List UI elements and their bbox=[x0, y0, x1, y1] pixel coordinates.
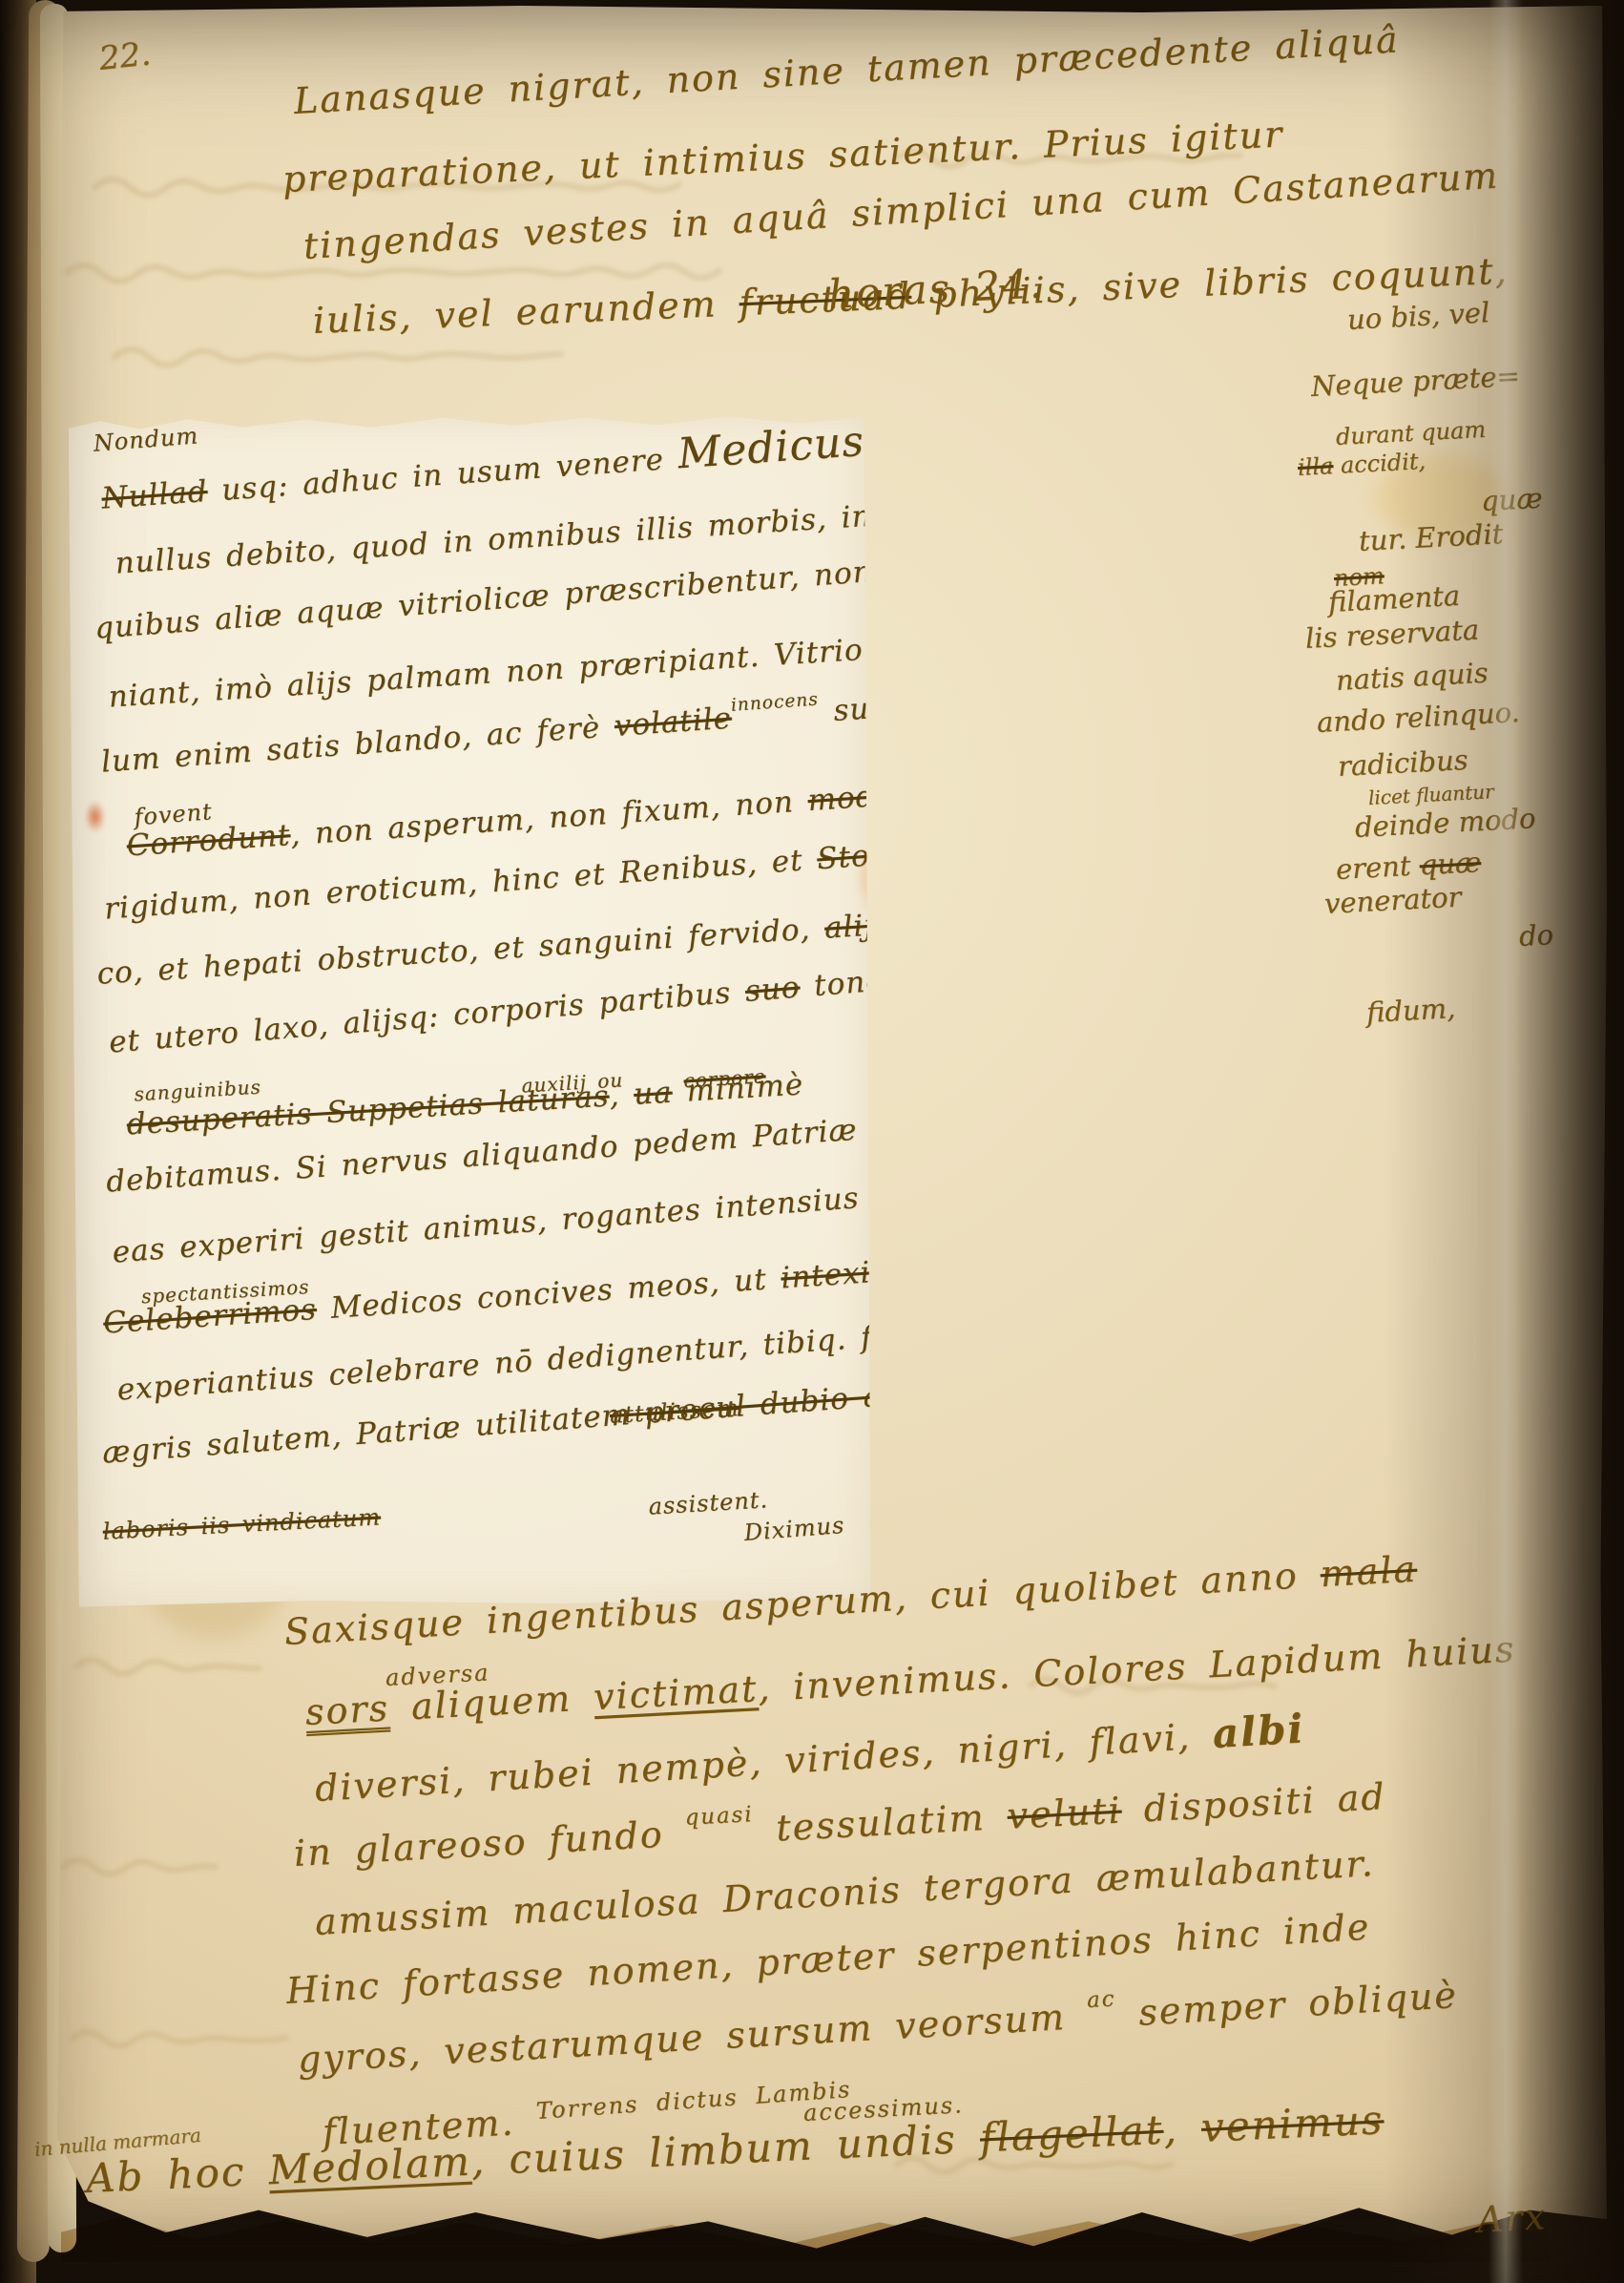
text-fragment: Diximus bbox=[743, 1512, 846, 1546]
struck-word: volatile bbox=[614, 702, 733, 744]
page-fold-highlight bbox=[1489, 0, 1523, 2283]
text-fragment: erent bbox=[1335, 848, 1420, 886]
page-number-text: 22. bbox=[97, 34, 153, 77]
struck-word: laboris iis vindicatum bbox=[102, 1503, 382, 1544]
struck-word: venimus bbox=[1200, 2096, 1385, 2151]
text-fragment: , bbox=[608, 1078, 635, 1113]
text-fragment: fidum, bbox=[1365, 992, 1456, 1029]
struck-word: illa bbox=[1297, 452, 1334, 481]
emphasized-word: Medicus bbox=[677, 417, 866, 479]
text-fragment: accidit, bbox=[1340, 448, 1426, 479]
text-fragment: Ab hoc bbox=[85, 2147, 270, 2202]
manuscript-line: Diximus bbox=[743, 1512, 846, 1546]
margin-fragment: do bbox=[1518, 918, 1554, 953]
underlined-word: victimat bbox=[593, 1667, 759, 1718]
orange-fleck bbox=[84, 801, 105, 833]
inserted-word: ac bbox=[1086, 1986, 1116, 2013]
pasted-slip: Nondum Nullad usq: adhuc in usum venere … bbox=[69, 413, 873, 1608]
emphasized-word: albi bbox=[1211, 1705, 1305, 1757]
struck-word: veluti bbox=[1006, 1790, 1122, 1837]
underlined-word: Medolam bbox=[267, 2138, 471, 2194]
text-fragment: do bbox=[1518, 918, 1554, 953]
margin-fragment: fidum, bbox=[1365, 992, 1456, 1029]
text-fragment: filamenta bbox=[1327, 579, 1461, 618]
struck-word: ua bbox=[633, 1076, 674, 1112]
struck-word: mala bbox=[1319, 1548, 1418, 1596]
text-fragment: lum enim satis blando, ac ferè bbox=[100, 709, 615, 780]
inserted-word: innocens bbox=[730, 689, 819, 715]
text-fragment: minimè bbox=[671, 1067, 804, 1109]
text-fragment: radicibus bbox=[1337, 744, 1468, 783]
struck-word: suo bbox=[744, 970, 802, 1008]
struck-word: procul dubio ab bbox=[643, 1377, 903, 1431]
page-number: 22. bbox=[97, 34, 153, 77]
struck-word: Celeberrimos bbox=[102, 1292, 318, 1341]
underlined-word: sors bbox=[304, 1686, 390, 1733]
text-fragment: assistent. bbox=[648, 1486, 769, 1519]
struck-word: flagellat bbox=[979, 2106, 1165, 2162]
text-fragment: Medicos concives meos, ut bbox=[316, 1262, 782, 1327]
manuscript-line: assistent. bbox=[648, 1486, 769, 1519]
inserted-word: quasi bbox=[684, 1802, 754, 1831]
text-fragment: , bbox=[1162, 2105, 1202, 2153]
margin-fragment: filamenta bbox=[1327, 579, 1461, 618]
manuscript-line: laboris iis vindicatum bbox=[102, 1503, 382, 1544]
text-fragment: ægris salutem, Patriæ utilitatem bbox=[101, 1396, 646, 1471]
manuscript-photo: 22. Lanasque nigrat, non sine tamen præc… bbox=[0, 0, 1624, 2283]
margin-fragment: radicibus bbox=[1337, 744, 1468, 783]
text-fragment: et utero laxo, alijsq: corporis partibus bbox=[108, 974, 747, 1060]
text-fragment: , non asperum, non fixum, non bbox=[289, 784, 809, 852]
struck-word: Nullad bbox=[100, 474, 208, 516]
text-fragment: usq: adhuc in usum venere bbox=[206, 441, 679, 508]
struck-word: quæ bbox=[1419, 846, 1482, 881]
